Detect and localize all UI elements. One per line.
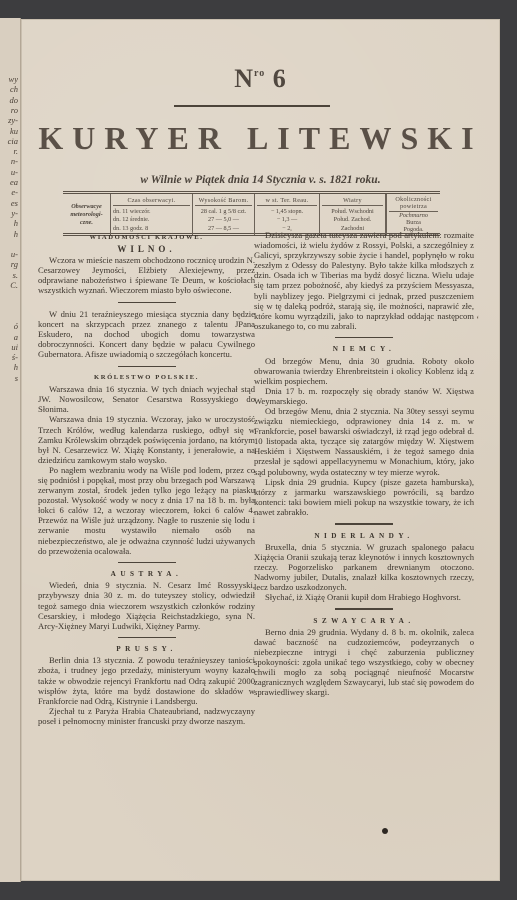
article-paragraph: Berno dnia 29 grudnia. Wydany d. 8 b. m.… (254, 627, 474, 698)
prev-page-text-fragment: h (14, 362, 18, 372)
issue-number: Nro 6 (22, 64, 499, 94)
heading-krolestwo-polskie: KRÓLESTWO POLSKIE. (38, 373, 255, 383)
prev-page-text-fragment: wy (9, 74, 18, 84)
prev-page-text-fragment: h (14, 218, 18, 228)
article-paragraph: Bruxella, dnia 5 stycznia. W gruzach spa… (254, 542, 474, 592)
weather-col-time: Czas obserwacyi. dn. 11 wieczór. dn. 12 … (111, 194, 193, 235)
previous-page-edge: wychdorozy-kuciar.n-u-eae-esy-hhu-rgs.C.… (0, 18, 21, 882)
newspaper-title: KURYER LITEWSKI (22, 120, 499, 157)
right-column: Dzisieysza gazeta tuteysza zawiera pod a… (254, 230, 474, 697)
prev-page-text-fragment: ea (10, 177, 18, 187)
article-paragraph: Zjechał tu z Paryża Hrabia Chateaubriand… (38, 706, 255, 726)
prev-page-text-fragment: s (15, 373, 18, 383)
masthead-rule (174, 105, 330, 107)
prev-page-text-fragment: es (11, 198, 18, 208)
article-paragraph: Dzisieysza gazeta tuteysza zawiera pod a… (254, 230, 474, 331)
section-divider (335, 608, 393, 610)
section-divider (118, 302, 176, 304)
section-divider (118, 562, 176, 564)
prev-page-text-fragment: a (14, 332, 18, 342)
margin-mark: ʻ (476, 315, 479, 326)
heading-prussy: PRUSSY. (38, 644, 255, 654)
weather-col-wind: Wiatry Połud. Wschodni Połud. Zachod. Za… (320, 194, 386, 235)
prev-page-text-fragment: y- (11, 208, 18, 218)
prev-page-text-fragment: cia (8, 136, 18, 146)
weather-col-barometer: Wysokość Barom. 28 cal. 1 g 5/8 czt. 27 … (193, 194, 255, 235)
prev-page-text-fragment: ó (14, 321, 18, 331)
article-paragraph: Słychać, iż Xiążę Oranii kupił dom Hrabi… (254, 592, 474, 602)
article-paragraph: Od brzegów Menu, dnia 30 grudnia. Roboty… (254, 356, 474, 386)
heading-niderlandy: NIDERLANDY. (254, 531, 474, 541)
article-paragraph: Warszawa dnia 19 stycznia. Wczoray, jako… (38, 414, 255, 464)
section-heading-domestic: WIADOMOŚCI KRAJOWE. (38, 233, 255, 243)
prev-page-text-fragment: n- (11, 156, 18, 166)
prev-page-text-fragment: zy- (8, 115, 18, 125)
prev-page-text-fragment: ui (11, 342, 18, 352)
article-paragraph: W dniu 21 teraźnieyszego miesiąca styczn… (38, 309, 255, 359)
prev-page-text-fragment: ku (10, 126, 18, 136)
prev-page-text-fragment: C. (10, 280, 18, 290)
article-paragraph: Wczora w mieście naszem obchodzono roczn… (38, 255, 255, 295)
heading-szwaycarya: SZWAYCARYA. (254, 616, 474, 626)
article-paragraph: Od brzegów Menu, dnia 2 stycznia. Na 30t… (254, 406, 474, 477)
prev-page-text-fragment: ro (11, 105, 18, 115)
heading-niemcy: NIEMCY. (254, 344, 474, 354)
weather-col-thermometer: w st. Ter. Reau. − 1,45 stopn. − 1,3 — −… (255, 194, 320, 235)
article-paragraph: Berlin dnia 13 stycznia. Z powodu teraźn… (38, 655, 255, 705)
prev-page-text-fragment: h (14, 229, 18, 239)
prev-page-text-fragment: r. (14, 146, 19, 156)
section-divider (118, 637, 176, 639)
section-divider (335, 523, 393, 525)
section-divider (335, 337, 393, 339)
prev-page-text-fragment: u- (11, 249, 18, 259)
section-divider (118, 366, 176, 368)
article-paragraph: Po nagłem wezbraniu wody na Wiśle pod lo… (38, 465, 255, 556)
article-paragraph: Warszawa dnia 16 stycznia. W tych dniach… (38, 384, 255, 414)
prev-page-text-fragment: do (10, 95, 19, 105)
prev-page-text-fragment: ś- (12, 352, 18, 362)
prev-page-text-fragment: rg (11, 259, 18, 269)
left-column: WIADOMOŚCI KRAJOWE. WILNO. Wczora w mieś… (38, 230, 255, 726)
article-paragraph: Wiedeń, dnia 9 stycznia. N. Cesarz Imć R… (38, 580, 255, 630)
heading-wilno: WILNO. (38, 244, 255, 254)
dateline: w Wilnie w Piątek dnia 14 Stycznia v. s.… (22, 174, 499, 186)
heading-austrya: AUSTRYA. (38, 569, 255, 579)
prev-page-text-fragment: u- (11, 167, 18, 177)
prev-page-text-fragment: ch (10, 84, 18, 94)
prev-page-text-fragment: s. (13, 270, 18, 280)
ink-dot (382, 828, 388, 834)
prev-page-text-fragment: e- (11, 187, 18, 197)
article-paragraph: Dnia 17 b. m. rozpoczęły się obrady stan… (254, 386, 474, 406)
article-paragraph: Lipsk dnia 29 grudnia. Kupcy (pisze gaze… (254, 477, 474, 517)
weather-col-sky: Okoliczności powietrza Pochmurno Burza P… (386, 194, 440, 235)
weather-label: Obserwacye meteorologi-czne. (63, 194, 111, 235)
